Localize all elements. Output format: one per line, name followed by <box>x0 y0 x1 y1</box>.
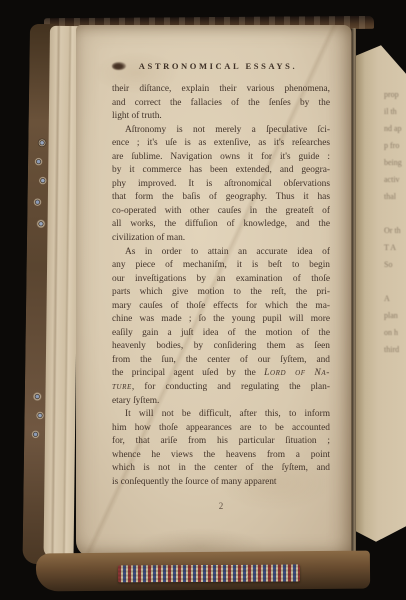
book-photo: ASTRONOMICAL ESSAYS. their diſtance, exp… <box>0 0 406 600</box>
text-line: light of truth. <box>112 110 330 124</box>
facing-page-line-fragment: So <box>384 256 406 273</box>
text-line: As in order to attain an accurate idea o… <box>112 246 330 260</box>
facing-page-line-fragment: T A <box>384 239 406 256</box>
facing-page-line-fragment: on h <box>384 324 406 341</box>
facing-page-text-fragments: propil thnd app frobeingactivthalOr thT … <box>384 86 406 358</box>
text-line: whence he views the heavens from a point <box>112 449 330 463</box>
body-text: their diſtance, explain their various ph… <box>112 83 330 489</box>
text-line: the principal agent uſed by the Lord of … <box>112 367 330 381</box>
marbled-endpaper-strip <box>118 564 300 582</box>
book-bottom-board-edge <box>36 551 370 592</box>
facing-page-line-fragment: il th <box>384 103 406 120</box>
text-line: their diſtance, explain their various ph… <box>112 83 330 97</box>
page-fore-edges <box>44 26 80 558</box>
facing-page-line-fragment: Or th <box>384 222 406 239</box>
text-line: mary cauſes of thoſe effects for which t… <box>112 300 330 314</box>
text-line: is conſequently the ſource of many appar… <box>112 476 330 490</box>
facing-page-line-fragment: thal <box>384 188 406 205</box>
text-line: phy improved. It is aſtronomical obſerva… <box>112 178 330 192</box>
facing-page-line-fragment: nd ap <box>384 120 406 137</box>
text-line: chine was made ; ſo the young pupil will… <box>112 313 330 327</box>
text-line: Aſtronomy is not merely a ſpeculative ſc… <box>112 124 330 138</box>
text-line: It will not be difficult, after this, to… <box>112 408 330 422</box>
text-line: any piece of mechaniſm, it is beſt to be… <box>112 259 330 273</box>
running-title: ASTRONOMICAL ESSAYS. <box>110 61 326 71</box>
text-line: him how thoſe appearances are to be acco… <box>112 422 330 436</box>
text-line: etary ſyſtem. <box>112 395 330 409</box>
book-page: ASTRONOMICAL ESSAYS. their diſtance, exp… <box>76 25 352 557</box>
text-line: that form the baſis of geography. Thus i… <box>112 191 330 205</box>
text-line: heavenly bodies, by conſidering them as … <box>112 340 330 354</box>
text-line: civilization of man. <box>112 232 330 246</box>
page-number-smudge <box>112 62 126 70</box>
text-line: ence ; it's uſe is as extenſive, as it's… <box>112 137 330 151</box>
book-gutter <box>351 28 356 556</box>
text-line: co-operated with other cauſes in the gre… <box>112 205 330 219</box>
text-line: and correct the fallacies of the ſenſes … <box>112 97 330 111</box>
text-line: are ſublime. Navigation owns it for it's… <box>112 151 330 165</box>
text-line: parts which give motion to the reſt, the… <box>112 286 330 300</box>
signature-mark: 2 <box>112 501 330 511</box>
text-line: all works, the diffuſion of knowledge, a… <box>112 218 330 232</box>
facing-page-strip: propil thnd app frobeingactivthalOr thT … <box>356 40 406 560</box>
text-line: our inveſtigations by an examination of … <box>112 273 330 287</box>
running-header: ASTRONOMICAL ESSAYS. <box>110 61 326 73</box>
facing-page-line-fragment: p fro <box>384 137 406 154</box>
facing-page-line-fragment: A <box>384 290 406 307</box>
facing-page-line-fragment <box>384 273 406 290</box>
text-line: from the ſun, the center of our ſyſtem, … <box>112 354 330 368</box>
text-line: for, that ariſe from his particular ſitu… <box>112 435 330 449</box>
text-line: by it commerce has been extended, and ge… <box>112 164 330 178</box>
facing-page-line-fragment: activ <box>384 171 406 188</box>
facing-page-line-fragment: plan <box>384 307 406 324</box>
facing-page-line-fragment <box>384 205 406 222</box>
facing-page-line-fragment: being <box>384 154 406 171</box>
text-line: eaſily gain a juſt idea of the motion of… <box>112 327 330 341</box>
text-line: which is not in the center of the ſyſtem… <box>112 462 330 476</box>
facing-page-line-fragment: third <box>384 341 406 358</box>
text-line: ture, for conducting and regulating the … <box>112 381 330 395</box>
facing-page-line-fragment: prop <box>384 86 406 103</box>
